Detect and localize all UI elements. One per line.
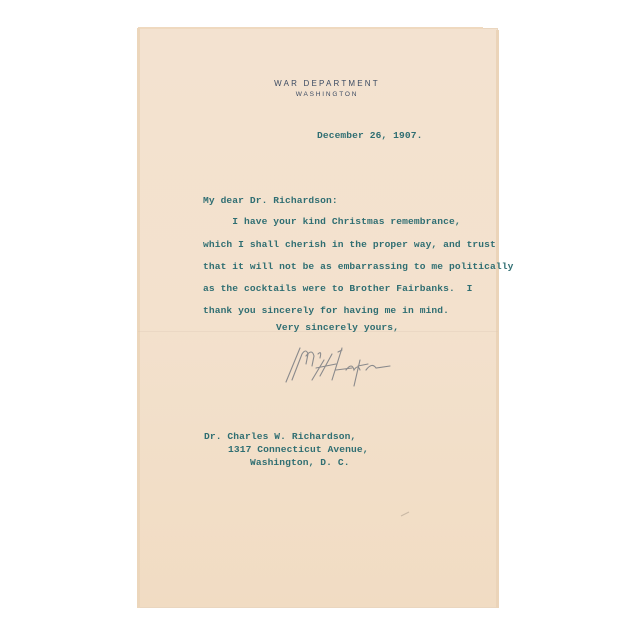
paper-edge-left bbox=[137, 28, 140, 608]
letterhead-city: WASHINGTON bbox=[138, 91, 498, 98]
recipient-street: 1317 Connecticut Avenue, bbox=[228, 444, 369, 455]
paper-edge-top bbox=[138, 27, 483, 29]
recipient-name: Dr. Charles W. Richardson, bbox=[204, 431, 356, 442]
body-line: I have your kind Christmas remembrance, bbox=[203, 216, 461, 227]
body-line: thank you sincerely for having me in min… bbox=[203, 305, 449, 316]
body-line: which I shall cherish in the proper way,… bbox=[203, 239, 496, 250]
recipient-city: Washington, D. C. bbox=[250, 457, 350, 468]
body-line: that it will not be as embarrassing to m… bbox=[203, 261, 513, 272]
paper-edge-right bbox=[496, 30, 499, 608]
closing: Very sincerely yours, bbox=[276, 322, 399, 333]
body-line: as the cocktails were to Brother Fairban… bbox=[203, 283, 472, 294]
letterhead-department: WAR DEPARTMENT bbox=[138, 79, 498, 88]
letterhead: WAR DEPARTMENT WASHINGTON bbox=[138, 79, 498, 98]
letter-paper bbox=[138, 28, 498, 608]
signature-icon bbox=[282, 340, 402, 388]
salutation: My dear Dr. Richardson: bbox=[203, 195, 338, 206]
pencil-mark-icon bbox=[400, 511, 410, 517]
letter-date: December 26, 1907. bbox=[317, 130, 422, 141]
